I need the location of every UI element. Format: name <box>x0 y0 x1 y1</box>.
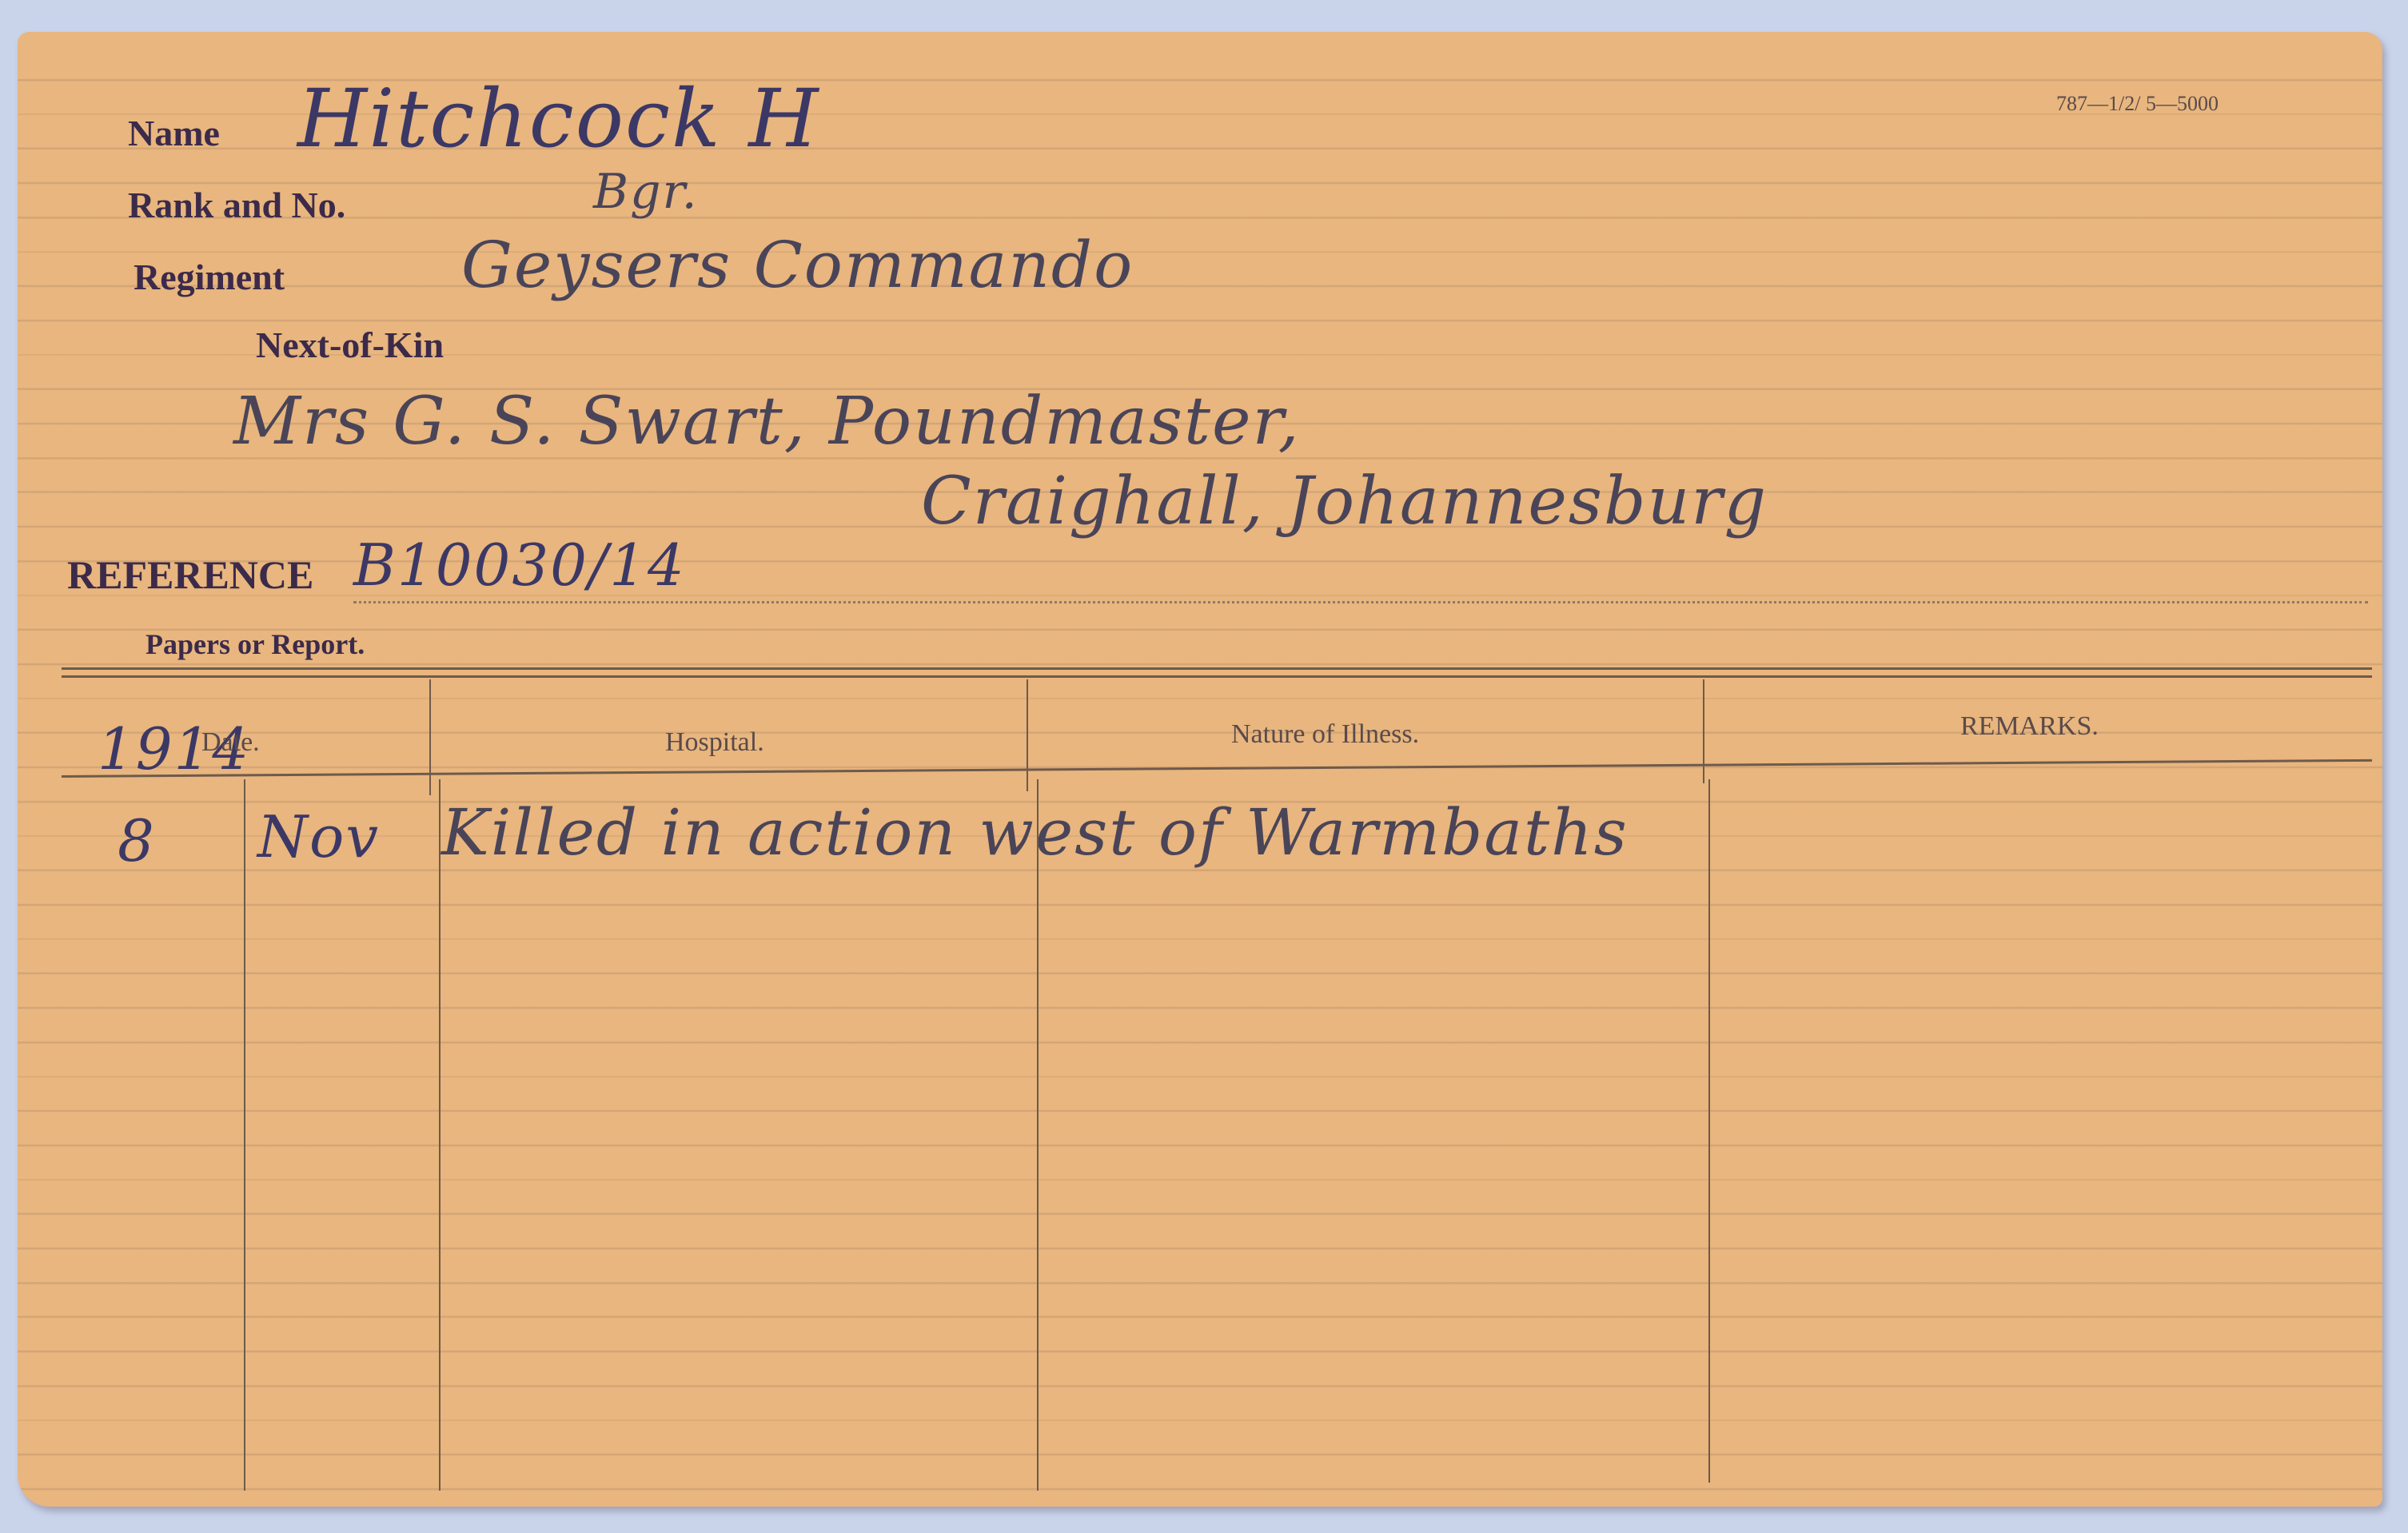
double-rule-top <box>62 667 2372 670</box>
reference-dotted-line <box>353 601 2368 603</box>
rank-value: Bgr. <box>593 164 699 220</box>
next-of-kin-value-line1: Mrs G. S. Swart, Poundmaster, <box>233 384 1301 460</box>
header-divider-2 <box>1027 679 1028 791</box>
name-value: Hitchcock H <box>297 72 820 165</box>
grid-divider-illness <box>1708 779 1710 1483</box>
grid-divider-day <box>244 779 245 1491</box>
col-header-date: Date. <box>201 727 260 758</box>
double-rule-bottom <box>62 675 2372 678</box>
print-code: 787—1/2/ 5—5000 <box>2056 92 2219 116</box>
casualty-index-card: 787—1/2/ 5—5000 Name Hitchcock H Rank an… <box>18 32 2382 1507</box>
grid-divider-hospital <box>1037 779 1039 1491</box>
next-of-kin-value-line2: Craighall, Johannesburg <box>921 464 1768 540</box>
rank-label: Rank and No. <box>128 184 345 226</box>
name-label: Name <box>128 112 220 154</box>
reference-value: B10030/14 <box>353 532 686 599</box>
header-divider-1 <box>429 679 431 795</box>
row-month: Nov <box>257 803 380 870</box>
grid-divider-month <box>439 779 441 1491</box>
col-header-remarks: REMARKS. <box>1960 711 2099 742</box>
reference-label: REFERENCE <box>67 551 313 598</box>
col-header-nature-of-illness: Nature of Illness. <box>1231 719 1419 750</box>
next-of-kin-label: Next-of-Kin <box>256 324 444 366</box>
papers-label: Papers or Report. <box>146 627 365 661</box>
header-bottom-rule <box>62 759 2372 778</box>
row-day: 8 <box>118 807 156 874</box>
header-divider-3 <box>1703 679 1704 783</box>
col-header-hospital: Hospital. <box>665 727 764 758</box>
regiment-value: Geysers Commando <box>461 228 1134 302</box>
row-entry: Killed in action west of Warmbaths <box>441 795 1629 870</box>
regiment-label: Regiment <box>134 256 285 298</box>
